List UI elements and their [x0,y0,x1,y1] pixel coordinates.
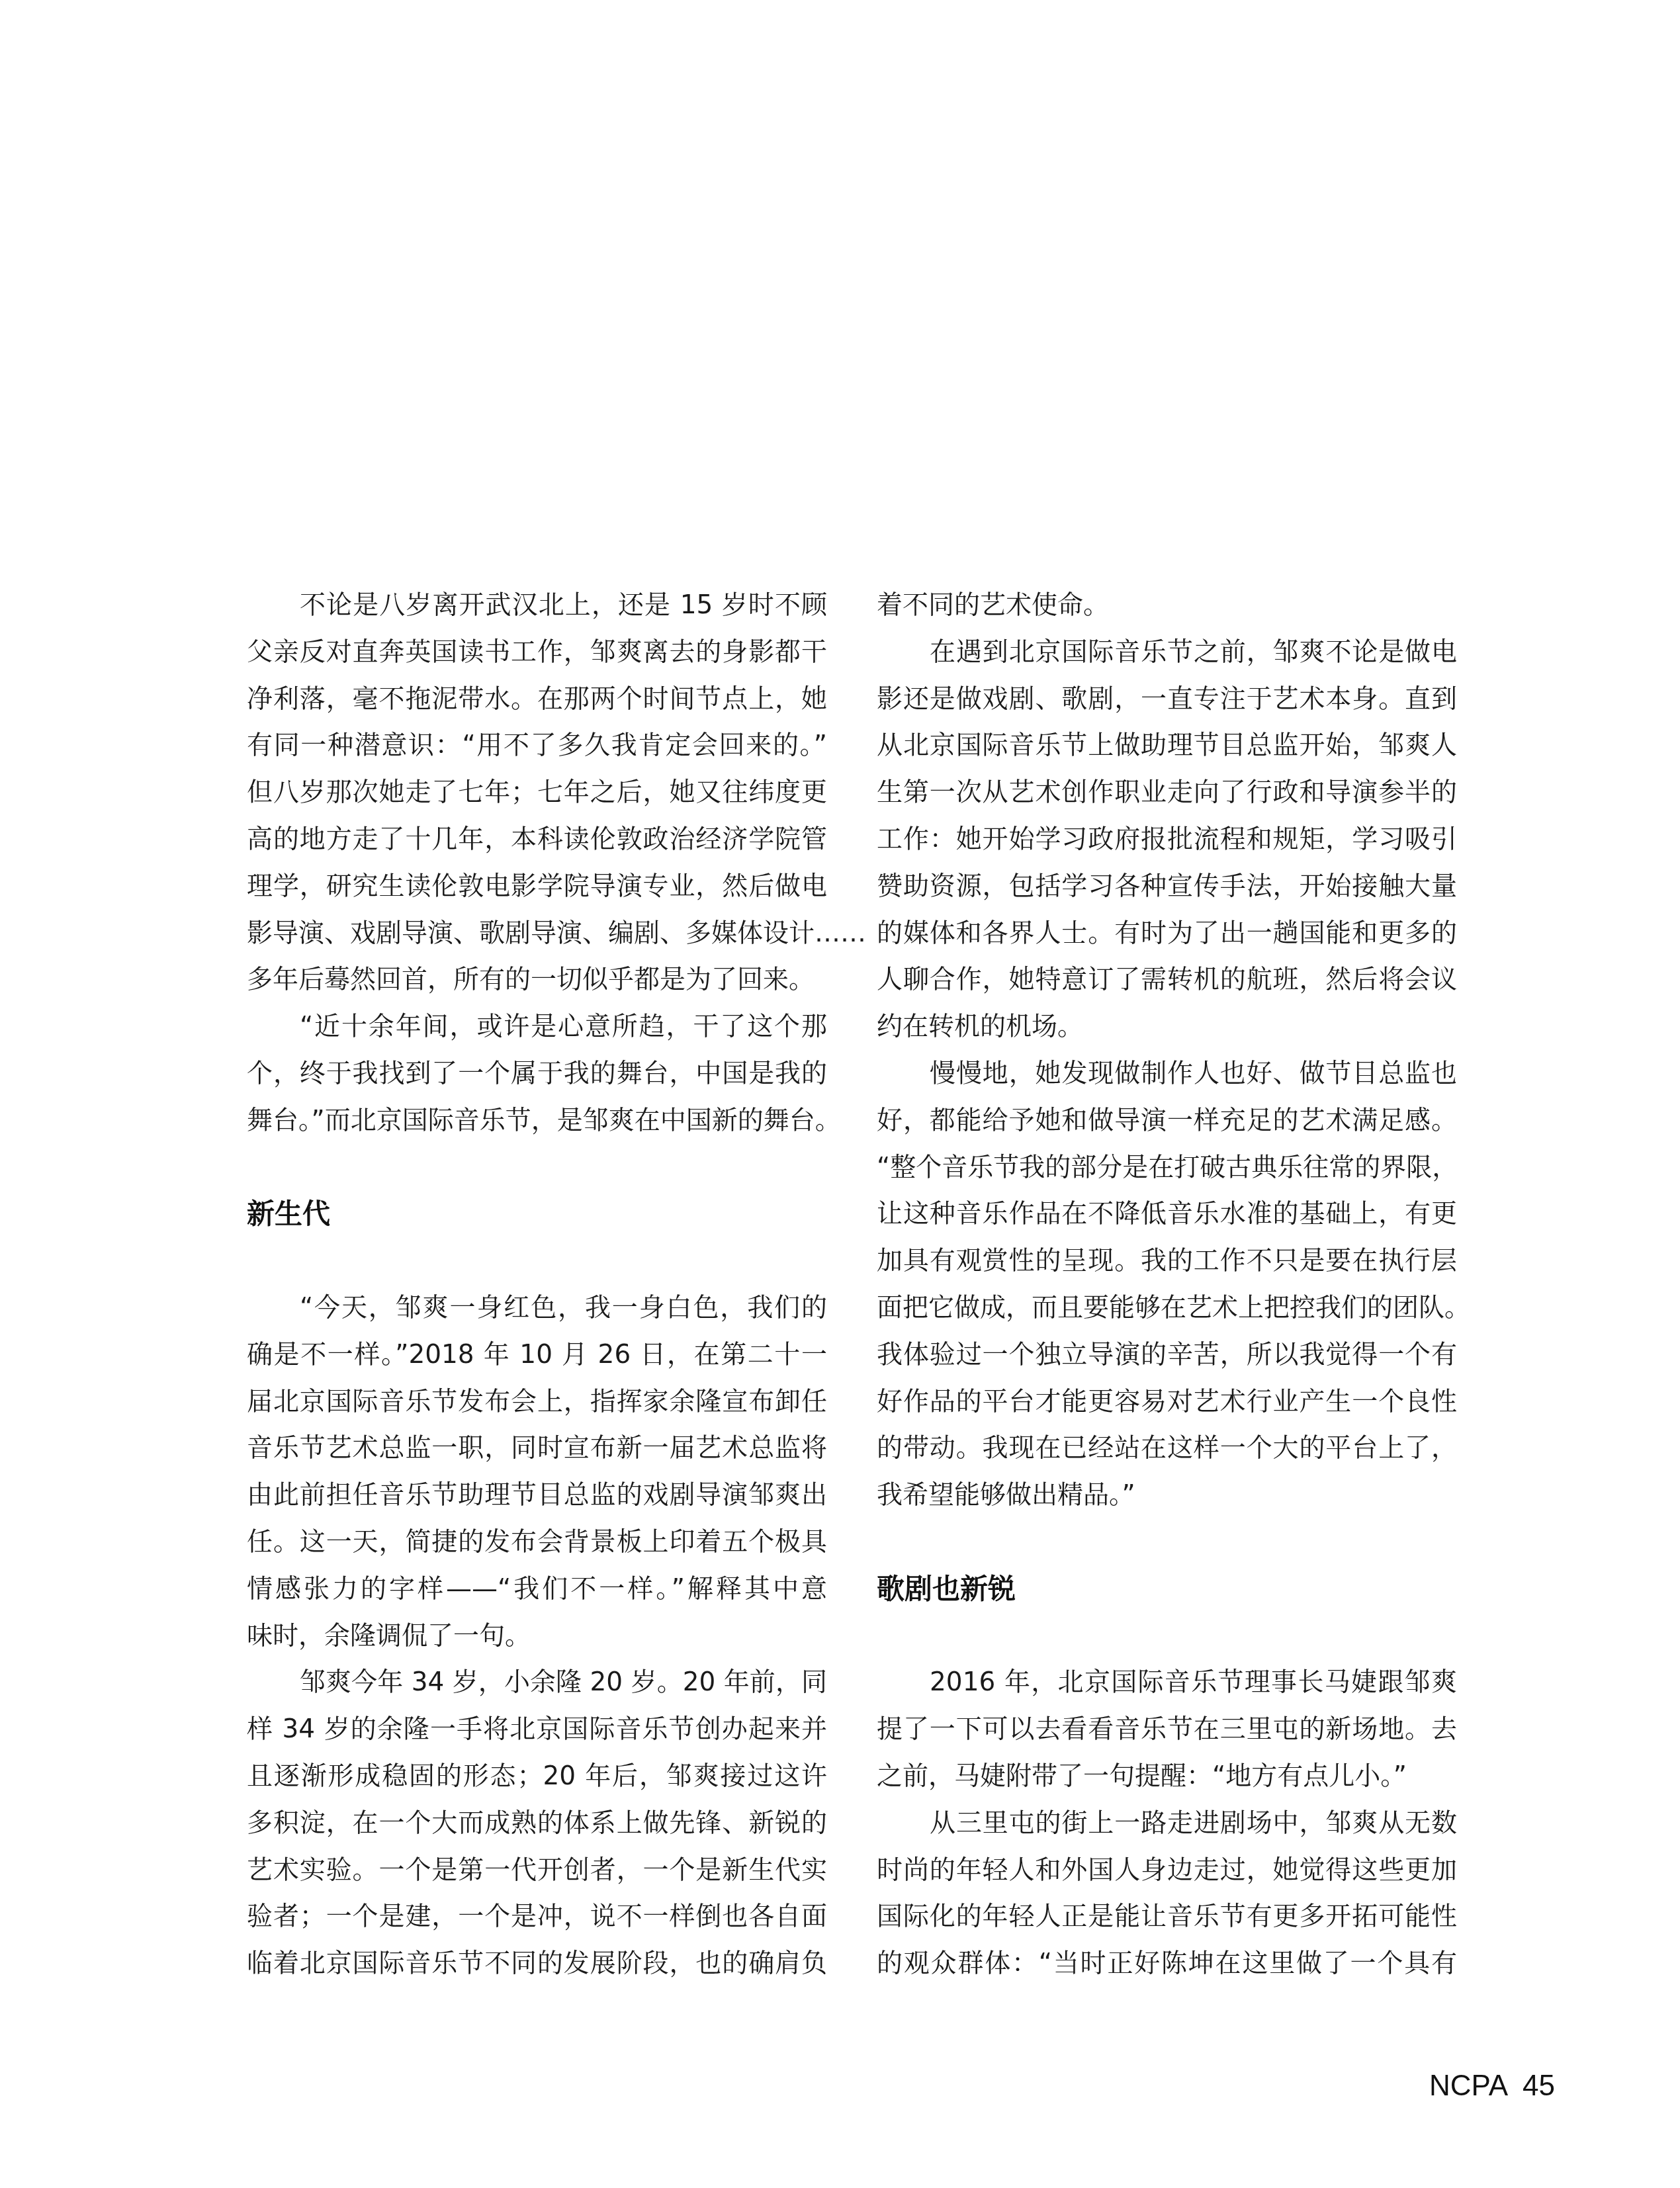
text-line: 舞台。”而北京国际音乐节，是邹爽在中国新的舞台。 [247,1098,827,1145]
text-line: 净利落，毫不拖泥带水。在那两个时间节点上，她 [247,676,827,723]
text-line: 但八岁那次她走了七年；七年之后，她又往纬度更 [247,769,827,816]
text-line: 国际化的年轻人正是能让音乐节有更多开拓可能性 [877,1894,1457,1941]
text-line: 音乐节艺术总监一职，同时宣布新一届艺术总监将 [247,1425,827,1472]
text-line: 的观众群体：“当时正好陈坤在这里做了一个具有 [877,1941,1457,1988]
text-line: 慢慢地，她发现做制作人也好、做节目总监也 [877,1051,1457,1098]
text-line: 面把它做成，而且要能够在艺术上把控我们的团队。 [877,1285,1457,1332]
text-line: 临着北京国际音乐节不同的发展阶段，也的确肩负 [247,1941,827,1988]
page-footer: NCPA45 [1429,2070,1555,2103]
paragraph: “今天，邹爽一身红色，我一身白色，我们的 确是不一样。”2018 年 10 月 … [247,1285,827,1659]
text-line: 验者；一个是建，一个是冲，说不一样倒也各自面 [247,1894,827,1941]
text-line: 高的地方走了十几年，本科读伦敦政治经济学院管 [247,816,827,863]
text-line: 父亲反对直奔英国读书工作，邹爽离去的身影都干 [247,629,827,676]
paragraph: 在遇到北京国际音乐节之前，邹爽不论是做电 影还是做戏剧、歌剧，一直专注于艺术本身… [877,629,1457,1051]
text-line: 我希望能够做出精品。” [877,1472,1457,1519]
text-line: 好作品的平台才能更容易对艺术行业产生一个良性 [877,1379,1457,1426]
text-line: 约在转机的机场。 [877,1004,1457,1051]
text-line: “今天，邹爽一身红色，我一身白色，我们的 [247,1285,827,1332]
text-line: 不论是八岁离开武汉北上，还是 15 岁时不顾 [247,582,827,629]
text-line: 个，终于我找到了一个属于我的舞台，中国是我的 [247,1051,827,1098]
text-line: 样 34 岁的余隆一手将北京国际音乐节创办起来并 [247,1706,827,1753]
text-line: “近十余年间，或许是心意所趋，干了这个那 [247,1004,827,1051]
page-number: 45 [1523,2070,1555,2102]
text-line: 多年后蓦然回首，所有的一切似乎都是为了回来。 [247,957,827,1004]
text-line: 情感张力的字样——“我们不一样。”解释其中意 [247,1566,827,1613]
publication-name: NCPA [1429,2070,1508,2102]
paragraph: 不论是八岁离开武汉北上，还是 15 岁时不顾 父亲反对直奔英国读书工作，邹爽离去… [247,582,827,1004]
text-line: 艺术实验。一个是第一代开创者，一个是新生代实 [247,1847,827,1894]
paragraph: 2016 年，北京国际音乐节理事长马婕跟邹爽 提了一下可以去看看音乐节在三里屯的… [877,1659,1457,1800]
text-line: 提了一下可以去看看音乐节在三里屯的新场地。去 [877,1706,1457,1753]
text-line: 从北京国际音乐节上做助理节目总监开始，邹爽人 [877,722,1457,769]
text-line: 理学，研究生读伦敦电影学院导演专业，然后做电 [247,863,827,910]
text-line: 从三里屯的街上一路走进剧场中，邹爽从无数 [877,1800,1457,1847]
text-line: 确是不一样。”2018 年 10 月 26 日，在第二十一 [247,1332,827,1379]
text-line: 由此前担任音乐节助理节目总监的戏剧导演邹爽出 [247,1472,827,1519]
text-line: 人聊合作，她特意订了需转机的航班，然后将会议 [877,957,1457,1004]
left-column: 不论是八岁离开武汉北上，还是 15 岁时不顾 父亲反对直奔英国读书工作，邹爽离去… [247,582,827,1988]
text-line: 影还是做戏剧、歌剧，一直专注于艺术本身。直到 [877,676,1457,723]
section-heading: 歌剧也新锐 [877,1566,1457,1613]
text-line: 让这种音乐作品在不降低音乐水准的基础上，有更 [877,1191,1457,1238]
text-line: 着不同的艺术使命。 [877,582,1457,629]
text-line: 的媒体和各界人士。有时为了出一趟国能和更多的 [877,910,1457,957]
text-line: 在遇到北京国际音乐节之前，邹爽不论是做电 [877,629,1457,676]
text-line: 加具有观赏性的呈现。我的工作不只是要在执行层 [877,1238,1457,1285]
text-line: 工作：她开始学习政府报批流程和规矩，学习吸引 [877,816,1457,863]
section-heading: 新生代 [247,1191,827,1238]
magazine-page: 不论是八岁离开武汉北上，还是 15 岁时不顾 父亲反对直奔英国读书工作，邹爽离去… [0,0,1680,2188]
paragraph: “近十余年间，或许是心意所趋，干了这个那 个，终于我找到了一个属于我的舞台，中国… [247,1004,827,1144]
text-line: 生第一次从艺术创作职业走向了行政和导演参半的 [877,769,1457,816]
text-line: 我体验过一个独立导演的辛苦，所以我觉得一个有 [877,1332,1457,1379]
text-line: 届北京国际音乐节发布会上，指挥家余隆宣布卸任 [247,1379,827,1426]
text-line: 多积淀，在一个大而成熟的体系上做先锋、新锐的 [247,1800,827,1847]
text-line: 味时，余隆调侃了一句。 [247,1613,827,1660]
text-line: 赞助资源，包括学习各种宣传手法，开始接触大量 [877,863,1457,910]
right-column: 着不同的艺术使命。 在遇到北京国际音乐节之前，邹爽不论是做电 影还是做戏剧、歌剧… [877,582,1457,1988]
text-line: 之前，马婕附带了一句提醒：“地方有点儿小。” [877,1753,1457,1800]
text-line: 邹爽今年 34 岁，小余隆 20 岁。20 年前，同 [247,1659,827,1706]
text-line: 时尚的年轻人和外国人身边走过，她觉得这些更加 [877,1847,1457,1894]
text-line: 且逐渐形成稳固的形态；20 年后，邹爽接过这许 [247,1753,827,1800]
text-line: 影导演、戏剧导演、歌剧导演、编剧、多媒体设计…… [247,910,827,957]
paragraph: 着不同的艺术使命。 [877,582,1457,629]
text-line: 的带动。我现在已经站在这样一个大的平台上了， [877,1425,1457,1472]
text-line: 好，都能给予她和做导演一样充足的艺术满足感。 [877,1098,1457,1145]
text-line: 2016 年，北京国际音乐节理事长马婕跟邹爽 [877,1659,1457,1706]
text-line: 任。这一天，简捷的发布会背景板上印着五个极具 [247,1519,827,1566]
paragraph: 从三里屯的街上一路走进剧场中，邹爽从无数 时尚的年轻人和外国人身边走过，她觉得这… [877,1800,1457,1988]
paragraph: 邹爽今年 34 岁，小余隆 20 岁。20 年前，同 样 34 岁的余隆一手将北… [247,1659,827,1988]
text-line: “整个音乐节我的部分是在打破古典乐往常的界限， [877,1145,1457,1192]
text-line: 有同一种潜意识：“用不了多久我肯定会回来的。” [247,722,827,769]
paragraph: 慢慢地，她发现做制作人也好、做节目总监也 好，都能给予她和做导演一样充足的艺术满… [877,1051,1457,1519]
